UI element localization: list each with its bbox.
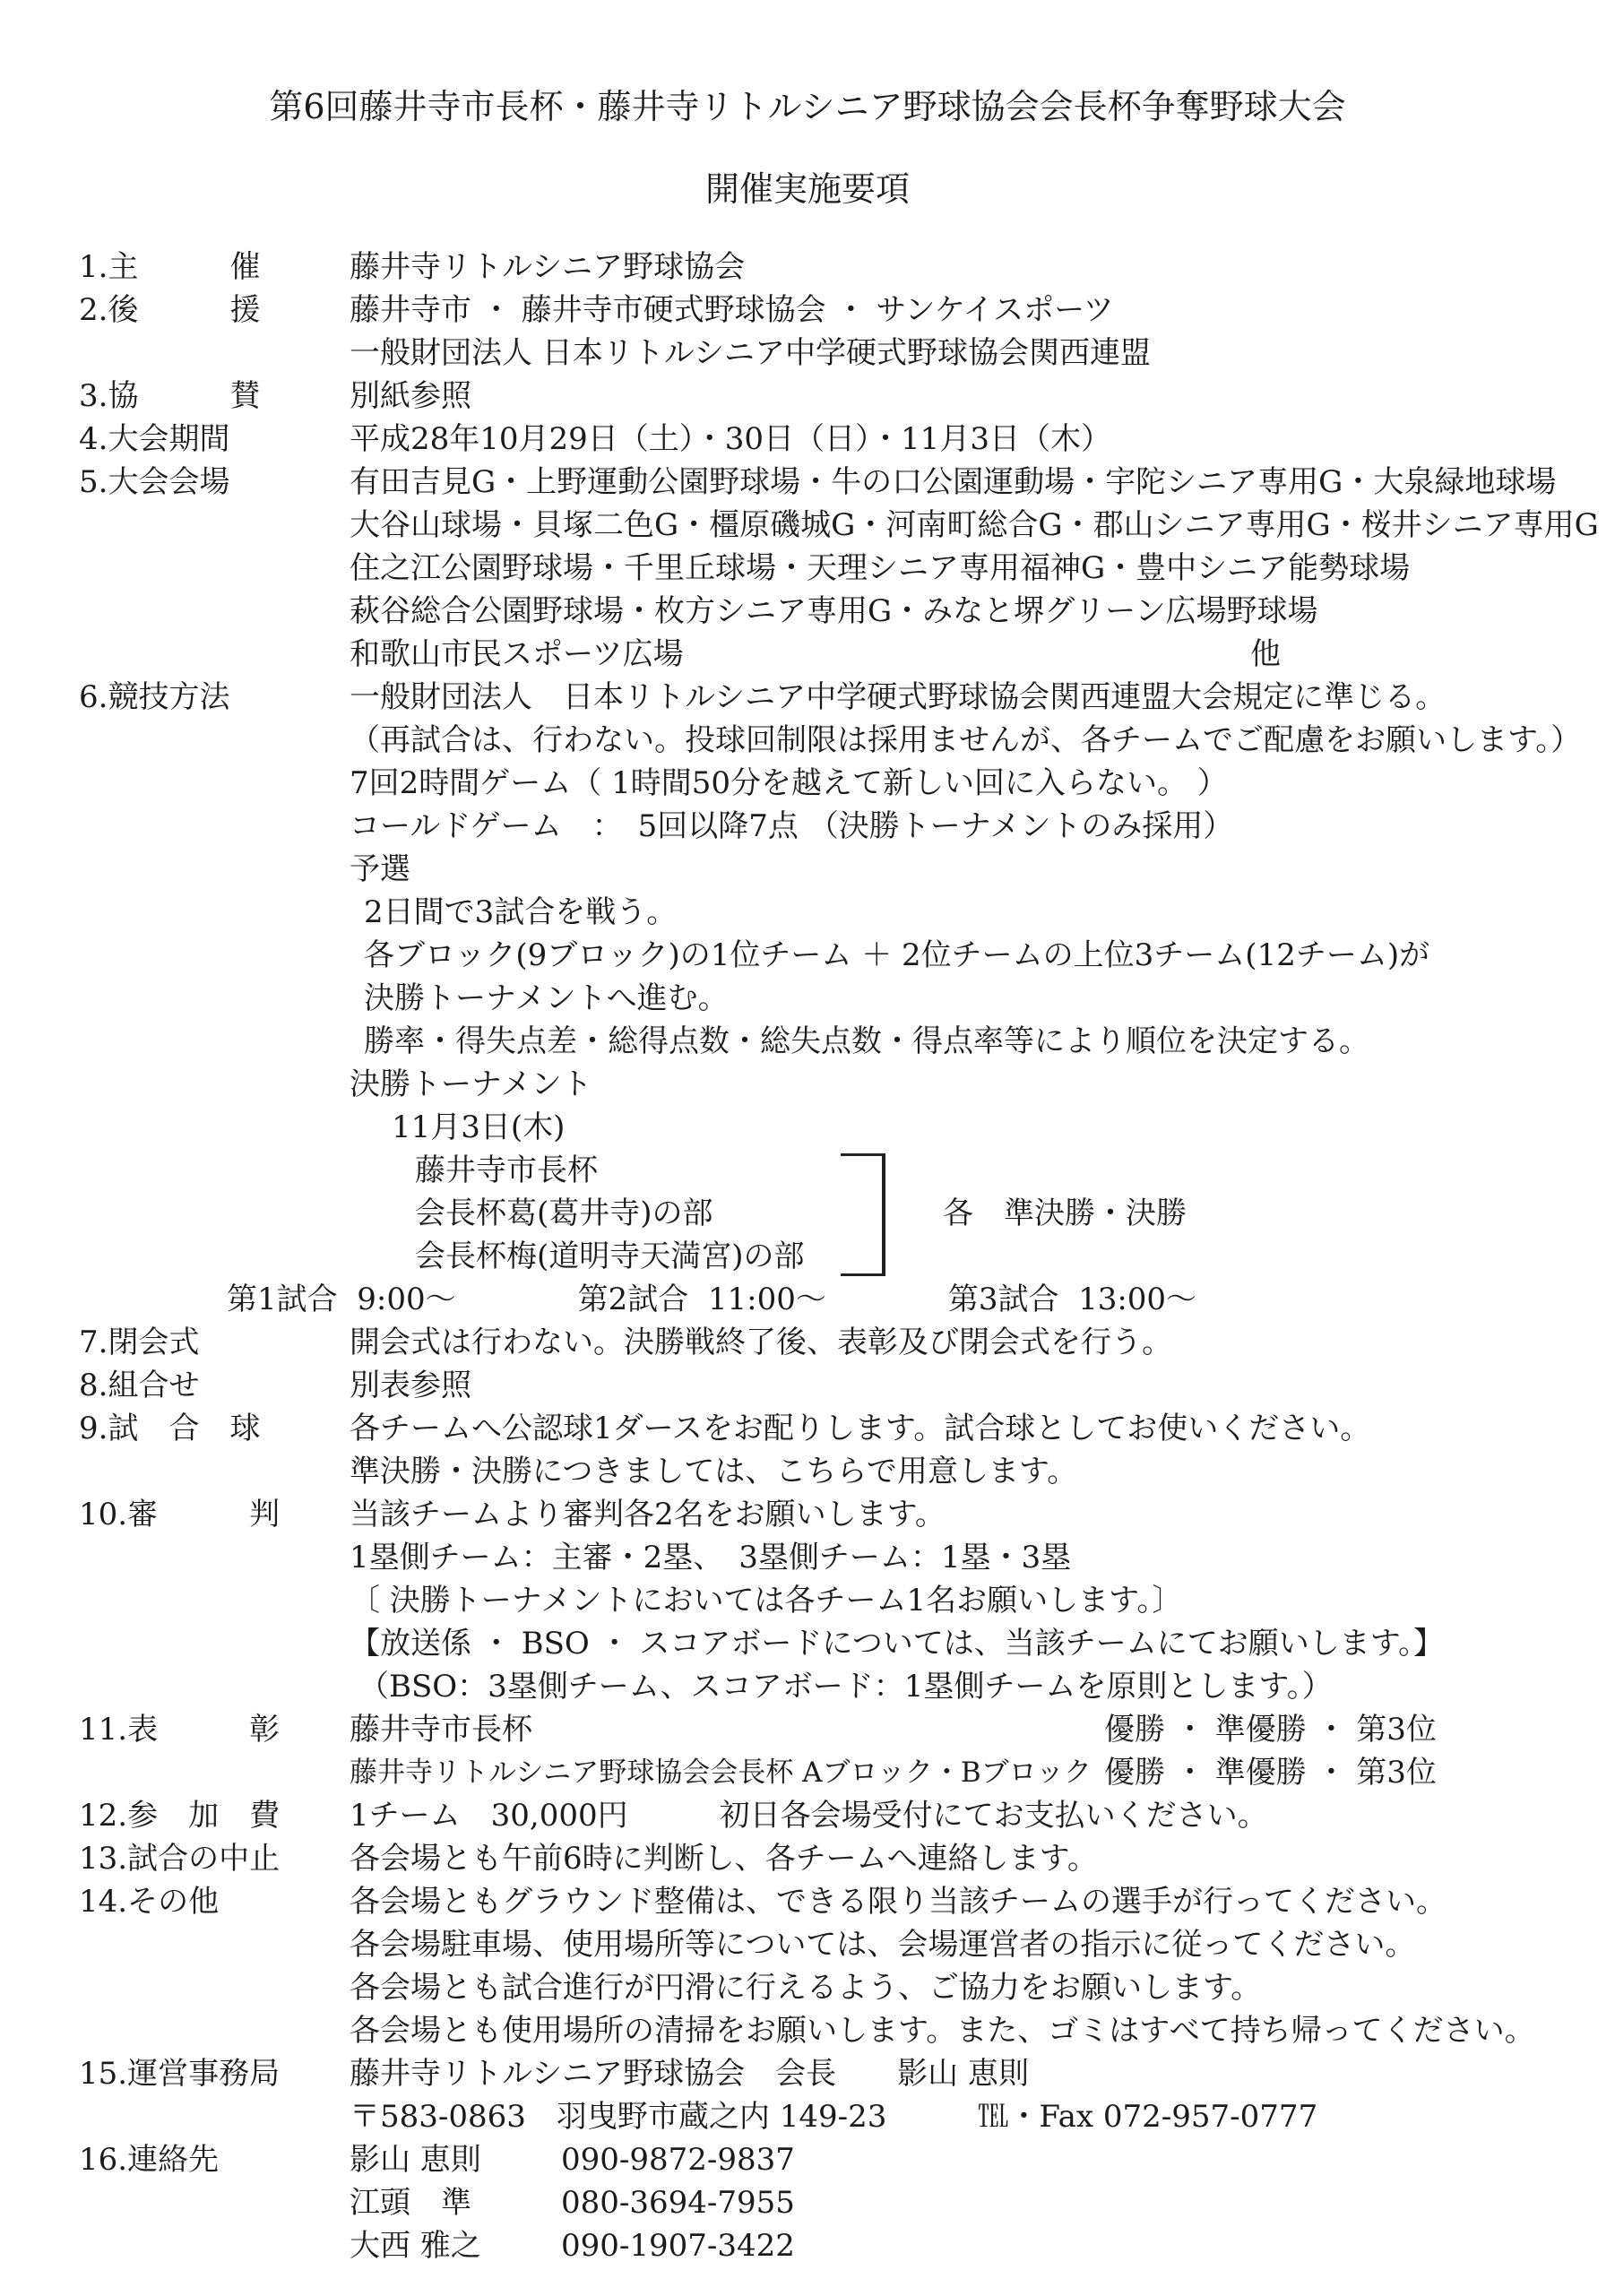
row-award-2: 藤井寺リトルシニア野球協会会長杯 Aブロック・Bブロック 優勝 ・ 準優勝 ・ … [0, 1751, 1615, 1794]
item-head: 7.閉会式 [79, 1321, 199, 1364]
line-text: 各ブロック(9ブロック)の1位チーム ＋ 2位チームの上位3チーム(12チーム)… [364, 934, 1429, 977]
item-label: 閉会式 [108, 1325, 199, 1360]
item-label: 主 催 [108, 249, 260, 285]
row-misc-3: 各会場とも試合進行が円滑に行えるよう、ご協力をお願いします。 [0, 1966, 1615, 2009]
row-umpire-5: （BSO：3塁側チーム、スコアボード：1塁側チームを原則とします。） [0, 1665, 1615, 1708]
item-head: 16.連絡先 [79, 2138, 219, 2181]
line-text: 1チーム 30,000円 初日各会場受付にてお支払いください。 [350, 1794, 1268, 1837]
line-text: 7回2時間ゲーム（ 1時間50分を越えて新しい回に入らない。 ） [350, 762, 1228, 805]
item-label: 協 賛 [108, 378, 260, 414]
row-umpire-1: 10.審 判 当該チームより審判各2名をお願いします。 [0, 1493, 1615, 1536]
document-page: 第6回藤井寺市長杯・藤井寺リトルシニア野球協会会長杯争奪野球大会 開催実施要項 … [0, 0, 1615, 2296]
item-number: 8. [79, 1364, 108, 1407]
item-label: その他 [127, 1884, 219, 1920]
row-fee: 12.参 加 費 1チーム 30,000円 初日各会場受付にてお支払いください。 [0, 1794, 1615, 1837]
row-cup-3: 会長杯梅(道明寺天満宮)の部 [0, 1235, 1615, 1278]
row-misc-2: 各会場駐車場、使用場所等については、会場運営者の指示に従ってください。 [0, 1923, 1615, 1966]
line-text: 藤井寺市長杯 [415, 1149, 598, 1192]
item-label: 運営事務局 [127, 2056, 280, 2092]
row-misc-1: 14.その他 各会場ともグラウンド整備は、できる限り当該チームの選手が行ってくだ… [0, 1880, 1615, 1923]
item-number: 10. [79, 1493, 127, 1536]
line-text: 〔 決勝トーナメントにおいては各チーム1名お願いします。〕 [350, 1579, 1182, 1622]
row-umpire-4: 【放送係 ・ BSO ・ スコアボードについては、当該チームにてお願いします。】 [0, 1622, 1615, 1665]
bracket-caption: 各 準決勝・決勝 [943, 1192, 1187, 1235]
game-schedule: 第1試合 9:00～ 第2試合 11:00～ 第3試合 13:00～ [227, 1278, 1196, 1321]
row-balls-2: 準決勝・決勝につきましては、こちらで用意します。 [0, 1450, 1615, 1493]
award-ranks: 優勝 ・ 準優勝 ・ 第3位 [1104, 1708, 1437, 1751]
item-head: 14.その他 [79, 1880, 219, 1923]
item-label: 競技方法 [108, 679, 229, 715]
line-text: 和歌山市民スポーツ広場 [350, 633, 684, 676]
award-ranks: 優勝 ・ 準優勝 ・ 第3位 [1104, 1751, 1437, 1794]
row-cup-1: 藤井寺市長杯 [0, 1149, 1615, 1192]
row-venue-4: 萩谷総合公園野球場・枚方シニア専用G・みなと堺グリーン広場野球場 [0, 590, 1615, 633]
row-cancellation: 13.試合の中止 各会場とも午前6時に判断し、各チームへ連絡します。 [0, 1837, 1615, 1880]
section-heading: 予選 [350, 848, 410, 891]
item-number: 15. [79, 2052, 127, 2095]
contact-entry: 大西 雅之090-1907-3422 [350, 2224, 795, 2267]
row-venue-1: 5.大会会場 有田吉見G・上野運動公園野球場・牛の口公園運動場・宇陀シニア専用G… [0, 461, 1615, 504]
line-text: 平成28年10月29日（土）・30日（日）・11月3日（木） [350, 418, 1111, 461]
award-target: 藤井寺市長杯 [350, 1708, 532, 1751]
venue-etc-note: 他 [1250, 633, 1281, 676]
item-label: 大会会場 [108, 464, 229, 500]
document-heading: 開催実施要項 [0, 167, 1615, 211]
item-label: 試 合 球 [108, 1411, 260, 1446]
item-label: 後 援 [108, 292, 260, 328]
line-text: 〒583-0863 羽曳野市蔵之内 149-23 ℡・Fax 072-957-0… [350, 2095, 1317, 2138]
item-number: 1. [79, 246, 108, 289]
item-label: 参 加 費 [127, 1798, 280, 1834]
item-head: 15.運営事務局 [79, 2052, 280, 2095]
line-text: コールドゲーム ： 5回以降7点 （決勝トーナメントのみ採用） [350, 805, 1233, 848]
item-head: 11.表 彰 [79, 1708, 280, 1751]
contact-phone: 090-9872-9837 [561, 2142, 795, 2178]
line-text: 別紙参照 [350, 375, 471, 418]
item-label: 審 判 [127, 1497, 280, 1532]
item-number: 11. [79, 1708, 127, 1751]
line-text: 萩谷総合公園野球場・枚方シニア専用G・みなと堺グリーン広場野球場 [350, 590, 1317, 633]
item-head: 2.後 援 [79, 289, 260, 332]
row-umpire-3: 〔 決勝トーナメントにおいては各チーム1名お願いします。〕 [0, 1579, 1615, 1622]
item-number: 4. [79, 418, 108, 461]
line-text: 住之江公園野球場・千里丘球場・天理シニア専用福神G・豊中シニア能勢球場 [350, 547, 1410, 590]
row-host: 1.主 催 藤井寺リトルシニア野球協会 [0, 246, 1615, 289]
item-head: 5.大会会場 [79, 461, 229, 504]
item-head: 12.参 加 費 [79, 1794, 280, 1837]
row-contact-2: 江頭 準080-3694-7955 [0, 2181, 1615, 2224]
line-text: 当該チームより審判各2名をお願いします。 [350, 1493, 946, 1536]
item-number: 7. [79, 1321, 108, 1364]
item-label: 試合の中止 [127, 1841, 280, 1877]
row-schedule: 第1試合 9:00～ 第2試合 11:00～ 第3試合 13:00～ [0, 1278, 1615, 1321]
row-qualifying-heading: 予選 [0, 848, 1615, 891]
item-label: 組合せ [108, 1368, 199, 1403]
line-text: 一般財団法人 日本リトルシニア中学硬式野球協会関西連盟 [350, 332, 1151, 375]
tournament-title: 第6回藤井寺市長杯・藤井寺リトルシニア野球協会会長杯争奪野球大会 [0, 0, 1615, 129]
item-number: 16. [79, 2138, 127, 2181]
item-head: 1.主 催 [79, 246, 260, 289]
final-cups-group: 藤井寺市長杯 会長杯葛(葛井寺)の部 会長杯梅(道明寺天満宮)の部 各 準決勝・… [0, 1149, 1615, 1278]
row-qualifying-2: 各ブロック(9ブロック)の1位チーム ＋ 2位チームの上位3チーム(12チーム)… [0, 934, 1615, 977]
line-text: 一般財団法人 日本リトルシニア中学硬式野球協会関西連盟大会規定に準じる。 [350, 676, 1446, 719]
row-rules-4: コールドゲーム ： 5回以降7点 （決勝トーナメントのみ採用） [0, 805, 1615, 848]
item-head: 10.審 判 [79, 1493, 280, 1536]
row-balls-1: 9.試 合 球 各チームへ公認球1ダースをお配りします。試合球としてお使いくださ… [0, 1407, 1615, 1450]
row-contact-3: 大西 雅之090-1907-3422 [0, 2224, 1615, 2267]
line-text: 各会場とも午前6時に判断し、各チームへ連絡します。 [350, 1837, 1098, 1880]
item-number: 3. [79, 375, 108, 418]
line-text: 藤井寺リトルシニア野球協会 [350, 246, 745, 289]
contact-entry: 影山 恵則090-9872-9837 [350, 2138, 795, 2181]
row-contact-1: 16.連絡先 影山 恵則090-9872-9837 [0, 2138, 1615, 2181]
row-support-1: 2.後 援 藤井寺市 ・ 藤井寺市硬式野球協会 ・ サンケイスポーツ [0, 289, 1615, 332]
row-venue-2: 大谷山球場・貝塚二色G・橿原磯城G・河南町総合G・郡山シニア専用G・桜井シニア専… [0, 504, 1615, 547]
row-office-2: 〒583-0863 羽曳野市蔵之内 149-23 ℡・Fax 072-957-0… [0, 2095, 1615, 2138]
row-venue-3: 住之江公園野球場・千里丘球場・天理シニア専用福神G・豊中シニア能勢球場 [0, 547, 1615, 590]
row-final-date: 11月3日(木) [0, 1106, 1615, 1149]
item-label: 表 彰 [127, 1712, 280, 1748]
row-award-1: 11.表 彰 藤井寺市長杯 優勝 ・ 準優勝 ・ 第3位 [0, 1708, 1615, 1751]
contact-entry: 江頭 準080-3694-7955 [350, 2181, 795, 2224]
item-label: 連絡先 [127, 2142, 219, 2178]
contact-name: 江頭 準 [350, 2181, 561, 2224]
row-umpire-2: 1塁側チーム：主審・2塁、 3塁側チーム：1塁・3塁 [0, 1536, 1615, 1579]
contact-name: 大西 雅之 [350, 2224, 561, 2267]
line-text: 会長杯梅(道明寺天満宮)の部 [415, 1235, 805, 1278]
item-head: 9.試 合 球 [79, 1407, 260, 1450]
row-support-2: 一般財団法人 日本リトルシニア中学硬式野球協会関西連盟 [0, 332, 1615, 375]
row-dates: 4.大会期間 平成28年10月29日（土）・30日（日）・11月3日（木） [0, 418, 1615, 461]
outline-list: 1.主 催 藤井寺リトルシニア野球協会 2.後 援 藤井寺市 ・ 藤井寺市硬式野… [0, 246, 1615, 2267]
line-text: （再試合は、行わない。投球回制限は採用ませんが、各チームでご配慮をお願いします。… [350, 719, 1581, 762]
row-venue-5: 和歌山市民スポーツ広場 他 [0, 633, 1615, 676]
line-text: 各会場とも使用場所の清掃をお願いします。また、ゴミはすべて持ち帰ってください。 [350, 2009, 1535, 2052]
grouping-bracket [841, 1153, 885, 1276]
line-text: （BSO：3塁側チーム、スコアボード：1塁側チームを原則とします。） [358, 1665, 1333, 1708]
section-heading: 決勝トーナメント [350, 1063, 592, 1106]
row-rules-1: 6.競技方法 一般財団法人 日本リトルシニア中学硬式野球協会関西連盟大会規定に準… [0, 676, 1615, 719]
line-text: 各チームへ公認球1ダースをお配りします。試合球としてお使いください。 [350, 1407, 1370, 1450]
line-text: 各会場駐車場、使用場所等については、会場運営者の指示に従ってください。 [350, 1923, 1415, 1966]
contact-phone: 090-1907-3422 [561, 2228, 795, 2264]
line-text: 勝率・得失点差・総得点数・総失点数・得点率等により順位を決定する。 [364, 1020, 1369, 1063]
row-cup-2: 会長杯葛(葛井寺)の部 [0, 1192, 1615, 1235]
item-number: 6. [79, 676, 108, 719]
item-label: 大会期間 [108, 421, 229, 457]
row-misc-4: 各会場とも使用場所の清掃をお願いします。また、ゴミはすべて持ち帰ってください。 [0, 2009, 1615, 2052]
item-head: 8.組合せ [79, 1364, 199, 1407]
line-text: 各会場ともグラウンド整備は、できる限り当該チームの選手が行ってください。 [350, 1880, 1447, 1923]
line-text: 会長杯葛(葛井寺)の部 [415, 1192, 713, 1235]
row-sponsor: 3.協 賛 別紙参照 [0, 375, 1615, 418]
item-number: 14. [79, 1880, 127, 1923]
row-qualifying-4: 勝率・得失点差・総得点数・総失点数・得点率等により順位を決定する。 [0, 1020, 1615, 1063]
line-text: 2日間で3試合を戦う。 [364, 891, 677, 934]
row-rules-2: （再試合は、行わない。投球回制限は採用ませんが、各チームでご配慮をお願いします。… [0, 719, 1615, 762]
item-number: 12. [79, 1794, 127, 1837]
item-head: 13.試合の中止 [79, 1837, 280, 1880]
row-qualifying-3: 決勝トーナメントへ進む。 [0, 977, 1615, 1020]
contact-name: 影山 恵則 [350, 2138, 561, 2181]
line-text: 有田吉見G・上野運動公園野球場・牛の口公園運動場・宇陀シニア専用G・大泉緑地球場 [350, 461, 1556, 504]
item-number: 13. [79, 1837, 127, 1880]
line-text: 各会場とも試合進行が円滑に行えるよう、ご協力をお願いします。 [350, 1966, 1261, 2009]
row-pairing: 8.組合せ 別表参照 [0, 1364, 1615, 1407]
item-number: 2. [79, 289, 108, 332]
row-final-heading: 決勝トーナメント [0, 1063, 1615, 1106]
line-text: 別表参照 [350, 1364, 471, 1407]
row-qualifying-1: 2日間で3試合を戦う。 [0, 891, 1615, 934]
item-head: 3.協 賛 [79, 375, 260, 418]
line-text: 決勝トーナメントへ進む。 [364, 977, 729, 1020]
line-text: 開会式は行わない。決勝戦終了後、表彰及び閉会式を行う。 [350, 1321, 1172, 1364]
line-text: 藤井寺市 ・ 藤井寺市硬式野球協会 ・ サンケイスポーツ [350, 289, 1114, 332]
line-text: 11月3日(木) [392, 1106, 565, 1149]
line-text: 大谷山球場・貝塚二色G・橿原磯城G・河南町総合G・郡山シニア専用G・桜井シニア専… [350, 504, 1599, 547]
line-text: 藤井寺リトルシニア野球協会 会長 影山 恵則 [350, 2052, 1029, 2095]
line-text: 1塁側チーム：主審・2塁、 3塁側チーム：1塁・3塁 [350, 1536, 1071, 1579]
item-number: 9. [79, 1407, 108, 1450]
row-office-1: 15.運営事務局 藤井寺リトルシニア野球協会 会長 影山 恵則 [0, 2052, 1615, 2095]
line-text: 準決勝・決勝につきましては、こちらで用意します。 [350, 1450, 1077, 1493]
row-rules-3: 7回2時間ゲーム（ 1時間50分を越えて新しい回に入らない。 ） [0, 762, 1615, 805]
item-head: 6.競技方法 [79, 676, 229, 719]
item-head: 4.大会期間 [79, 418, 229, 461]
contact-phone: 080-3694-7955 [561, 2185, 795, 2221]
item-number: 5. [79, 461, 108, 504]
row-closing-ceremony: 7.閉会式 開会式は行わない。決勝戦終了後、表彰及び閉会式を行う。 [0, 1321, 1615, 1364]
line-text: 【放送係 ・ BSO ・ スコアボードについては、当該チームにてお願いします。】 [350, 1622, 1444, 1665]
award-target: 藤井寺リトルシニア野球協会会長杯 Aブロック・Bブロック [350, 1751, 1092, 1794]
